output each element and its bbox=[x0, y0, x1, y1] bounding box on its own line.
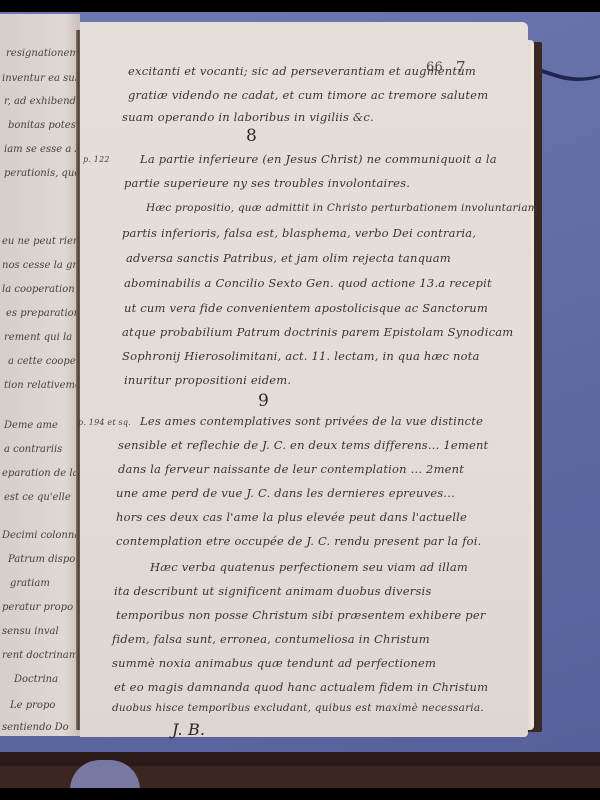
left-fragment: gratiam bbox=[10, 578, 50, 589]
left-fragment: a cette coope bbox=[8, 356, 76, 367]
left-fragment: es preparation bbox=[6, 308, 80, 319]
left-fragment: est ce qu'elle bbox=[4, 492, 71, 503]
text-line: Sophronij Hierosolimitani, act. 11. lect… bbox=[122, 349, 480, 363]
left-fragment: Doctrina bbox=[14, 674, 58, 685]
text-line: Hæc propositio, quæ admittit in Christo … bbox=[146, 202, 538, 214]
left-fragment: rent doctrinam bbox=[2, 650, 78, 661]
text-line: inuritur propositioni eidem. bbox=[124, 373, 291, 387]
text-line: partis inferioris, falsa est, blasphema,… bbox=[122, 226, 476, 240]
left-fragment: peratur propo bbox=[2, 602, 73, 613]
left-page: resignationem inventur ea sub r, ad exhi… bbox=[0, 14, 80, 736]
text-line: hors ces deux cas l'ame la plus elevée p… bbox=[116, 510, 467, 524]
text-line: contemplation etre occupée de J. C. rend… bbox=[116, 534, 482, 548]
left-fragment: iam se esse a D. bbox=[4, 144, 80, 155]
text-line: et eo magis damnanda quod hanc actualem … bbox=[114, 680, 488, 694]
text-line: temporibus non posse Christum sibi præse… bbox=[116, 608, 486, 622]
left-fragment: sentiendo Do bbox=[2, 722, 69, 733]
left-fragment: a contrariis bbox=[4, 444, 62, 455]
top-letterbox bbox=[0, 0, 600, 12]
left-fragment: Deme ame bbox=[4, 420, 58, 431]
left-fragment: eu ne peut rien bbox=[2, 236, 79, 247]
paraph-signature: J. B. bbox=[172, 720, 205, 739]
bottom-letterbox bbox=[0, 788, 600, 800]
text-line: summè noxia animabus quæ tendunt ad perf… bbox=[112, 656, 436, 670]
left-fragment: inventur ea sub bbox=[2, 73, 80, 84]
section-number-8: 8 bbox=[246, 126, 257, 146]
text-line: gratiæ videndo ne cadat, et cum timore a… bbox=[128, 88, 488, 102]
text-line: Les ames contemplatives sont privées de … bbox=[140, 414, 483, 428]
left-fragment: nos cesse la grace bbox=[2, 260, 80, 271]
text-line: atque probabilium Patrum doctrinis parem… bbox=[122, 325, 513, 339]
text-line: Hæc verba quatenus perfectionem seu viam… bbox=[150, 560, 468, 574]
text-line: suam operando in laboribus in vigiliis &… bbox=[122, 110, 374, 124]
text-line: une ame perd de vue J. C. dans les derni… bbox=[116, 486, 455, 500]
text-line: abominabilis a Concilio Sexto Gen. quod … bbox=[124, 276, 492, 290]
left-fragment: r, ad exhibendum bbox=[4, 96, 80, 107]
left-fragment: Decimi colonnam bbox=[2, 530, 80, 541]
text-line: excitanti et vocanti; sic ad perseverant… bbox=[128, 64, 476, 78]
left-fragment: tion relativement bbox=[4, 380, 80, 391]
text-line: sensible et reflechie de J. C. en deux t… bbox=[118, 438, 488, 452]
left-fragment: sensu inval bbox=[2, 626, 59, 637]
text-line: dans la ferveur naissante de leur contem… bbox=[118, 462, 464, 476]
text-line: adversa sanctis Patribus, et jam olim re… bbox=[126, 251, 451, 265]
left-fragment: la cooperation bbox=[2, 284, 75, 295]
margin-reference: p. 122 bbox=[83, 155, 110, 164]
text-line: fidem, falsa sunt, erronea, contumeliosa… bbox=[112, 632, 430, 646]
left-fragment: resignationem bbox=[6, 48, 79, 59]
text-line: partie superieure ny ses troubles involo… bbox=[124, 176, 410, 190]
text-line: ita describunt ut significent animam duo… bbox=[114, 584, 432, 598]
section-number-9: 9 bbox=[258, 391, 269, 411]
left-fragment: eparation de la bbox=[2, 468, 79, 479]
left-fragment: Patrum dispo bbox=[8, 554, 75, 565]
margin-reference: p. 194 et sq. bbox=[78, 418, 131, 427]
left-fragment: Le propo bbox=[10, 700, 55, 711]
left-fragment: bonitas potest, bbox=[8, 120, 80, 131]
left-fragment: rement qui la bbox=[4, 332, 72, 343]
left-fragment: perationis, quo bbox=[4, 168, 80, 179]
text-line: duobus hisce temporibus excludant, quibu… bbox=[112, 702, 484, 714]
text-line: La partie inferieure (en Jesus Christ) n… bbox=[140, 152, 497, 166]
text-line: ut cum vera fide convenientem apostolici… bbox=[124, 301, 488, 315]
